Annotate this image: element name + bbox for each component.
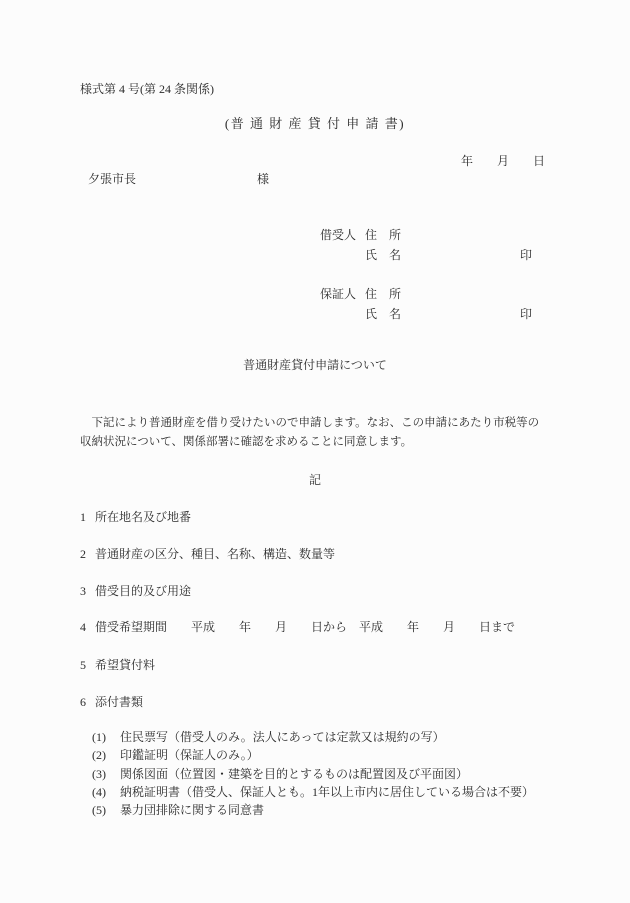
attachment-5-number: (5) [92, 803, 106, 818]
addressee: 夕張市長 [88, 172, 136, 187]
attachment-2-number: (2) [92, 748, 106, 763]
guarantor-address-label: 住 所 [365, 287, 401, 302]
document-title: (普 通 財 産 貸 付 申 請 書) [0, 116, 630, 132]
attachment-4-number: (4) [92, 785, 106, 800]
item-1-number: 1 [80, 510, 86, 525]
borrower-seal-mark: 印 [520, 248, 532, 263]
subject-heading: 普通財産貸付申請について [0, 358, 630, 373]
item-3-text: 借受目的及び用途 [95, 584, 191, 599]
attachment-1-number: (1) [92, 730, 106, 745]
item-2-text: 普通財産の区分、種目、名称、構造、数量等 [95, 547, 335, 562]
guarantor-seal-mark: 印 [520, 307, 532, 322]
item-6-text: 添付書類 [95, 695, 143, 710]
item-4-number: 4 [80, 620, 86, 635]
attachment-5-text: 暴力団排除に関する同意書 [120, 803, 264, 818]
form-number: 様式第 4 号(第 24 条関係) [80, 82, 214, 97]
item-5-number: 5 [80, 658, 86, 673]
borrower-role-label: 借受人 [320, 228, 356, 243]
item-6-number: 6 [80, 695, 86, 710]
attachment-1-text: 住民票写（借受人のみ。法人にあっては定款又は規約の写） [120, 730, 445, 745]
guarantor-name-label: 氏 名 [365, 307, 401, 322]
item-5-text: 希望貸付料 [95, 658, 155, 673]
document-page: 様式第 4 号(第 24 条関係) (普 通 財 産 貸 付 申 請 書) 年 … [0, 0, 630, 903]
attachment-2-text: 印鑑証明（保証人のみ。） [120, 748, 259, 763]
attachment-3-number: (3) [92, 767, 106, 782]
guarantor-role-label: 保証人 [320, 287, 356, 302]
attachment-3-text: 関係図面（位置図・建築を目的とするものは配置図及び平面図） [120, 767, 468, 782]
addressee-honorific: 様 [257, 172, 269, 187]
borrower-address-label: 住 所 [365, 228, 401, 243]
body-paragraph-line-2: 収納状況について、関係部署に確認を求めることに同意します。 [80, 435, 412, 449]
record-marker: 記 [0, 473, 630, 488]
date-line: 年 月 日 [461, 154, 545, 169]
item-2-number: 2 [80, 547, 86, 562]
item-4-text: 借受希望期間 平成 年 月 日から 平成 年 月 日まで [95, 620, 515, 635]
attachment-4-text: 納税証明書（借受人、保証人とも。1年以上市内に居住している場合は不要） [120, 785, 534, 800]
body-paragraph-line-1: 下記により普通財産を借り受けたいので申請します。なお、この申請にあたり市税等の [80, 416, 539, 430]
borrower-name-label: 氏 名 [365, 248, 401, 263]
item-1-text: 所在地名及び地番 [95, 510, 191, 525]
item-3-number: 3 [80, 584, 86, 599]
